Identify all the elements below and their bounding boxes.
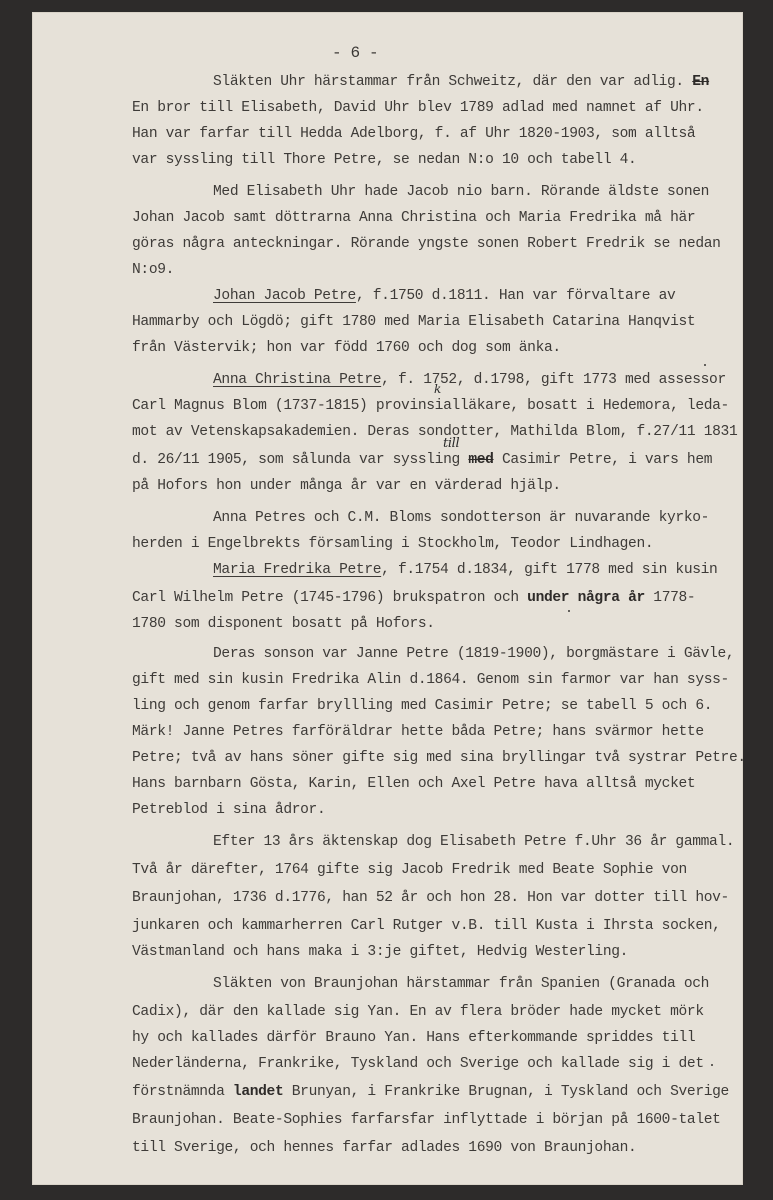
text-line: Hammarby och Lögdö; gift 1780 med Maria … bbox=[132, 312, 695, 332]
text-line: var syssling till Thore Petre, se nedan … bbox=[132, 150, 636, 170]
text-line: herden i Engelbrekts församling i Stockh… bbox=[132, 534, 653, 554]
text-line: Släkten von Braunjohan härstammar från S… bbox=[213, 974, 709, 994]
text-line: på Hofors hon under många år var en värd… bbox=[132, 476, 561, 496]
text-line: Västmanland och hans maka i 3:je giftet,… bbox=[132, 942, 628, 962]
text-line: Anna Petres och C.M. Bloms sondotterson … bbox=[213, 508, 709, 528]
ink-dot bbox=[568, 610, 570, 612]
handwritten-correction: till bbox=[443, 436, 459, 451]
text-line: Braunjohan, 1736 d.1776, han 52 år och h… bbox=[132, 888, 729, 908]
text-line: Märk! Janne Petres farföräldrar hette bå… bbox=[132, 722, 704, 742]
text-line: göras några anteckningar. Rörande yngste… bbox=[132, 234, 721, 254]
text-line: Cadix), där den kallade sig Yan. En av f… bbox=[132, 1002, 704, 1022]
text-line: Han var farfar till Hedda Adelborg, f. a… bbox=[132, 124, 695, 144]
text-line: Efter 13 års äktenskap dog Elisabeth Pet… bbox=[213, 832, 734, 852]
text-line: junkaren och kammarherren Carl Rutger v.… bbox=[132, 916, 721, 936]
text-line: Johan Jacob samt döttrarna Anna Christin… bbox=[132, 208, 695, 228]
text-line: Maria Fredrika Petre, f.1754 d.1834, gif… bbox=[213, 560, 717, 580]
struck-word: med bbox=[468, 452, 493, 468]
text-line: Johan Jacob Petre, f.1750 d.1811. Han va… bbox=[213, 286, 675, 306]
text-line: Anna Christina Petre, f. 1752, d.1798, g… bbox=[213, 370, 726, 390]
text-line: förstnämnda landet Brunyan, i Frankrike … bbox=[132, 1082, 729, 1102]
text-line: hy och kallades därför Brauno Yan. Hans … bbox=[132, 1028, 695, 1048]
text-line: gift med sin kusin Fredrika Alin d.1864.… bbox=[132, 670, 729, 690]
typewritten-text: - 6 - Släkten Uhr härstammar från Schwei… bbox=[32, 12, 743, 1185]
text-line: från Västervik; hon var född 1760 och do… bbox=[132, 338, 561, 358]
text-line: Carl Magnus Blom (1737-1815) provinsiall… bbox=[132, 396, 729, 416]
page-number: - 6 - bbox=[332, 44, 378, 62]
text-line: Carl Wilhelm Petre (1745-1796) brukspatr… bbox=[132, 588, 695, 608]
text-line: till Sverige, och hennes farfar adlades … bbox=[132, 1138, 636, 1158]
text-line: 1780 som disponent bosatt på Hofors. bbox=[132, 614, 435, 634]
person-name-heading: Johan Jacob Petre bbox=[213, 288, 356, 304]
text-line: Petreblod i sina ådror. bbox=[132, 800, 325, 820]
document-page: - 6 - Släkten Uhr härstammar från Schwei… bbox=[32, 12, 743, 1185]
text-line: Hans barnbarn Gösta, Karin, Ellen och Ax… bbox=[132, 774, 695, 794]
text-line: mot av Vetenskapsakademien. Deras sondot… bbox=[132, 422, 737, 442]
person-name-heading: Maria Fredrika Petre bbox=[213, 562, 381, 578]
text-line: En bror till Elisabeth, David Uhr blev 1… bbox=[132, 98, 704, 118]
text-line: Två år därefter, 1764 gifte sig Jacob Fr… bbox=[132, 860, 687, 880]
text-line: ling och genom farfar bryllling med Casi… bbox=[132, 696, 712, 716]
handwritten-correction: k bbox=[434, 382, 441, 396]
text-line: N:o9. bbox=[132, 260, 174, 280]
emphasized-text: landet bbox=[233, 1084, 283, 1100]
text-line: d. 26/11 1905, som sålunda var syssling … bbox=[132, 450, 712, 470]
text-line: Petre; två av hans söner gifte sig med s… bbox=[132, 748, 746, 768]
text-line: Braunjohan. Beate-Sophies farfarsfar inf… bbox=[132, 1110, 721, 1130]
text-line: Nederländerna, Frankrike, Tyskland och S… bbox=[132, 1054, 704, 1074]
emphasized-text: under några år bbox=[527, 590, 645, 606]
text-line: Med Elisabeth Uhr hade Jacob nio barn. R… bbox=[213, 182, 709, 202]
text-line: Släkten Uhr härstammar från Schweitz, dä… bbox=[213, 72, 709, 92]
text-line: Deras sonson var Janne Petre (1819-1900)… bbox=[213, 644, 734, 664]
struck-word: En bbox=[692, 74, 709, 90]
ink-dot bbox=[704, 364, 706, 366]
person-name-heading: Anna Christina Petre bbox=[213, 372, 381, 388]
ink-dot bbox=[711, 1064, 713, 1066]
